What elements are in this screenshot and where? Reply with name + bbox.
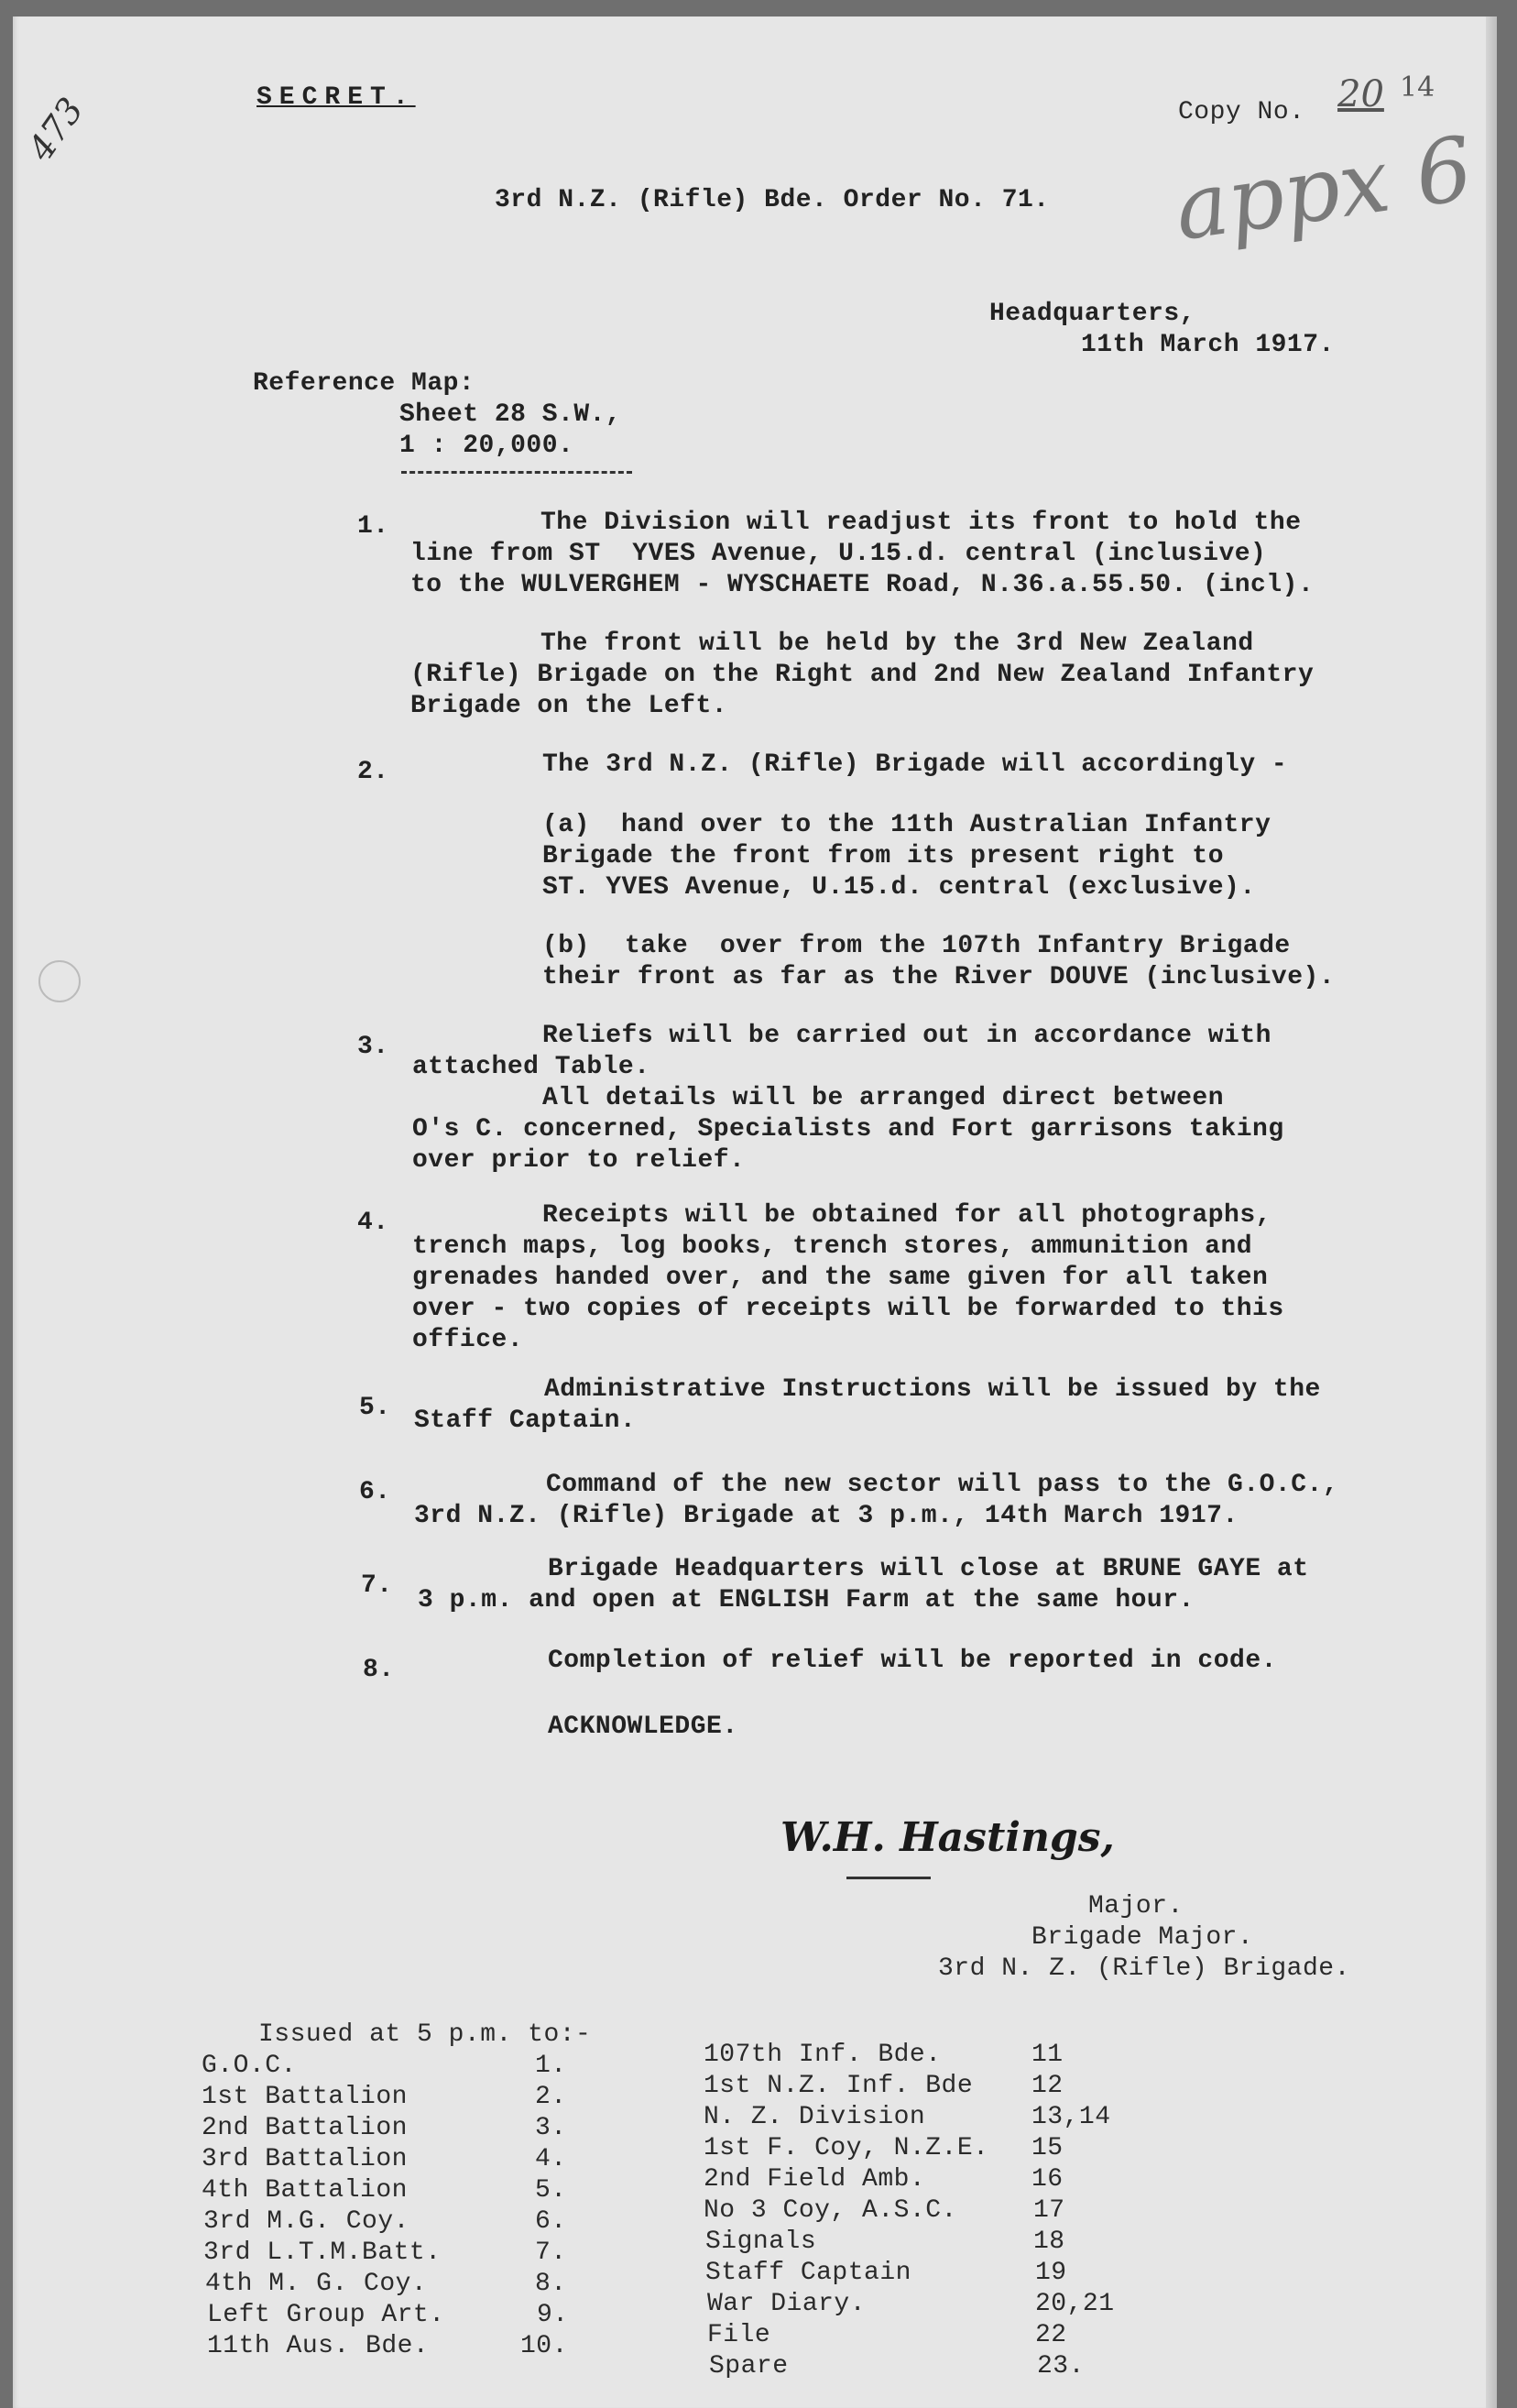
para-8-line: Completion of relief will be reported in…: [548, 1646, 1277, 1677]
para-4-line: grenades handed over, and the same given…: [412, 1263, 1268, 1294]
para-2-line: The 3rd N.Z. (Rifle) Brigade will accord…: [542, 750, 1287, 781]
distribution-copy-no: 19: [1035, 2258, 1067, 2289]
para-5-number: 5.: [359, 1393, 391, 1424]
para-3-line: over prior to relief.: [412, 1145, 745, 1177]
distribution-recipient: 1st N.Z. Inf. Bde: [704, 2071, 973, 2102]
distribution-copy-no: 10.: [520, 2331, 568, 2362]
para-1-line: The Division will readjust its front to …: [540, 508, 1302, 539]
distribution-recipient: 3rd M.G. Coy.: [203, 2206, 409, 2238]
handwritten-page-number: 473: [20, 91, 92, 169]
distribution-copy-no: 1.: [535, 2051, 567, 2082]
para-2a-line: hand over to the 11th Australian Infantr…: [621, 810, 1271, 841]
distribution-copy-no: 2.: [535, 2082, 567, 2113]
para-6-number: 6.: [359, 1477, 391, 1508]
signature-title: Brigade Major.: [1031, 1922, 1253, 1954]
distribution-recipient: 2nd Field Amb.: [704, 2164, 925, 2195]
distribution-copy-no: 9.: [537, 2300, 569, 2331]
para-7-line: Brigade Headquarters will close at BRUNE…: [548, 1554, 1309, 1585]
distribution-recipient: War Diary.: [707, 2289, 866, 2320]
para-7-number: 7.: [361, 1571, 393, 1602]
para-2b-line: their front as far as the River DOUVE (i…: [542, 962, 1335, 993]
para-3-line: Reliefs will be carried out in accordanc…: [542, 1021, 1271, 1052]
para-1-number: 1.: [357, 511, 389, 542]
para-5-line: Administrative Instructions will be issu…: [544, 1374, 1321, 1406]
distribution-recipient: 1st F. Coy, N.Z.E.: [704, 2133, 988, 2164]
copy-no-annotation: 14: [1400, 71, 1435, 104]
distribution-recipient: 1st Battalion: [202, 2082, 408, 2113]
distribution-copy-no: 22: [1035, 2320, 1067, 2351]
copy-no-value: 20: [1337, 73, 1384, 115]
document-page: 473 SECRET. Copy No. 20 14 3rd N.Z. (Rif…: [13, 16, 1497, 2408]
para-4-line: trench maps, log books, trench stores, a…: [412, 1231, 1252, 1263]
page-edge: [1486, 16, 1497, 2408]
order-date: 11th March 1917.: [1081, 330, 1335, 361]
distribution-recipient: No 3 Coy, A.S.C.: [704, 2195, 957, 2227]
para-1-sub-line: Brigade on the Left.: [410, 691, 727, 722]
para-3-line: O's C. concerned, Specialists and Fort g…: [412, 1114, 1284, 1145]
distribution-copy-no: 18: [1033, 2227, 1065, 2258]
para-2b-label: (b): [542, 931, 590, 962]
appendix-annotation: appx 6: [1169, 117, 1479, 260]
distribution-recipient: 3rd L.T.M.Batt.: [203, 2238, 442, 2269]
distribution-copy-no: 15: [1031, 2133, 1064, 2164]
handwritten-signature: W.H. Hastings,: [780, 1814, 1115, 1861]
distribution-copy-no: 13,14: [1031, 2102, 1111, 2133]
distribution-copy-no: 8.: [535, 2269, 567, 2300]
para-2a-line: ST. YVES Avenue, U.15.d. central (exclus…: [542, 872, 1256, 903]
para-1-sub-line: (Rifle) Brigade on the Right and 2nd New…: [410, 660, 1314, 691]
para-2-number: 2.: [357, 757, 389, 788]
acknowledge-label: ACKNOWLEDGE.: [548, 1712, 738, 1743]
reference-map-label: Reference Map:: [253, 368, 475, 400]
para-2a-label: (a): [542, 810, 590, 841]
para-4-line: office.: [412, 1325, 523, 1356]
distribution-copy-no: 3.: [535, 2113, 567, 2144]
para-5-line: Staff Captain.: [414, 1406, 636, 1437]
distribution-copy-no: 20,21: [1035, 2289, 1115, 2320]
para-3-line: attached Table.: [412, 1052, 650, 1083]
distribution-recipient: File: [707, 2320, 770, 2351]
distribution-copy-no: 7.: [535, 2238, 567, 2269]
para-3-line: All details will be arranged direct betw…: [542, 1083, 1224, 1114]
distribution-recipient: Signals: [705, 2227, 816, 2258]
distribution-recipient: 107th Inf. Bde.: [704, 2040, 942, 2071]
distribution-copy-no: 11: [1031, 2040, 1064, 2071]
signature-underline: [846, 1877, 931, 1879]
distribution-recipient: 11th Aus. Bde.: [207, 2331, 429, 2362]
distribution-recipient: Left Group Art.: [207, 2300, 445, 2331]
distribution-recipient: 4th M. G. Coy.: [205, 2269, 427, 2300]
para-1-sub-line: The front will be held by the 3rd New Ze…: [540, 629, 1254, 660]
distribution-heading: Issued at 5 p.m. to:-: [258, 2019, 591, 2051]
distribution-recipient: N. Z. Division: [704, 2102, 925, 2133]
para-4-number: 4.: [357, 1208, 389, 1239]
signature-rank: Major.: [1088, 1891, 1184, 1922]
distribution-copy-no: 17: [1033, 2195, 1065, 2227]
order-title: 3rd N.Z. (Rifle) Bde. Order No. 71.: [495, 185, 1050, 216]
para-6-line: Command of the new sector will pass to t…: [546, 1470, 1338, 1501]
distribution-recipient: 4th Battalion: [202, 2175, 408, 2206]
headquarters-label: Headquarters,: [989, 299, 1195, 330]
para-2a-line: Brigade the front from its present right…: [542, 841, 1224, 872]
punch-hole: [38, 960, 81, 1002]
distribution-copy-no: 5.: [535, 2175, 567, 2206]
distribution-recipient: Staff Captain: [705, 2258, 911, 2289]
distribution-copy-no: 16: [1031, 2164, 1064, 2195]
reference-map-divider: [401, 471, 632, 474]
para-6-line: 3rd N.Z. (Rifle) Brigade at 3 p.m., 14th…: [414, 1501, 1239, 1532]
distribution-recipient: Spare: [709, 2351, 789, 2382]
classification-label: SECRET.: [256, 82, 416, 114]
distribution-copy-no: 12: [1031, 2071, 1064, 2102]
para-3-number: 3.: [357, 1032, 389, 1063]
para-1-line: line from ST YVES Avenue, U.15.d. centra…: [410, 539, 1266, 570]
para-1-line: to the WULVERGHEM - WYSCHAETE Road, N.36…: [410, 570, 1314, 601]
reference-map-sheet: Sheet 28 S.W.,: [399, 400, 621, 431]
para-4-line: Receipts will be obtained for all photog…: [542, 1200, 1271, 1231]
para-7-line: 3 p.m. and open at ENGLISH Farm at the s…: [418, 1585, 1195, 1616]
reference-map-scale: 1 : 20,000.: [399, 431, 573, 462]
distribution-recipient: 3rd Battalion: [202, 2144, 408, 2175]
distribution-recipient: G.O.C.: [202, 2051, 297, 2082]
signature-unit: 3rd N. Z. (Rifle) Brigade.: [938, 1954, 1350, 1985]
distribution-copy-no: 6.: [535, 2206, 567, 2238]
distribution-recipient: 2nd Battalion: [202, 2113, 408, 2144]
para-8-number: 8.: [363, 1655, 395, 1686]
para-4-line: over - two copies of receipts will be fo…: [412, 1294, 1284, 1325]
distribution-copy-no: 23.: [1037, 2351, 1085, 2382]
para-2b-line: take over from the 107th Infantry Brigad…: [625, 931, 1291, 962]
copy-no-label: Copy No.: [1178, 97, 1304, 128]
distribution-copy-no: 4.: [535, 2144, 567, 2175]
